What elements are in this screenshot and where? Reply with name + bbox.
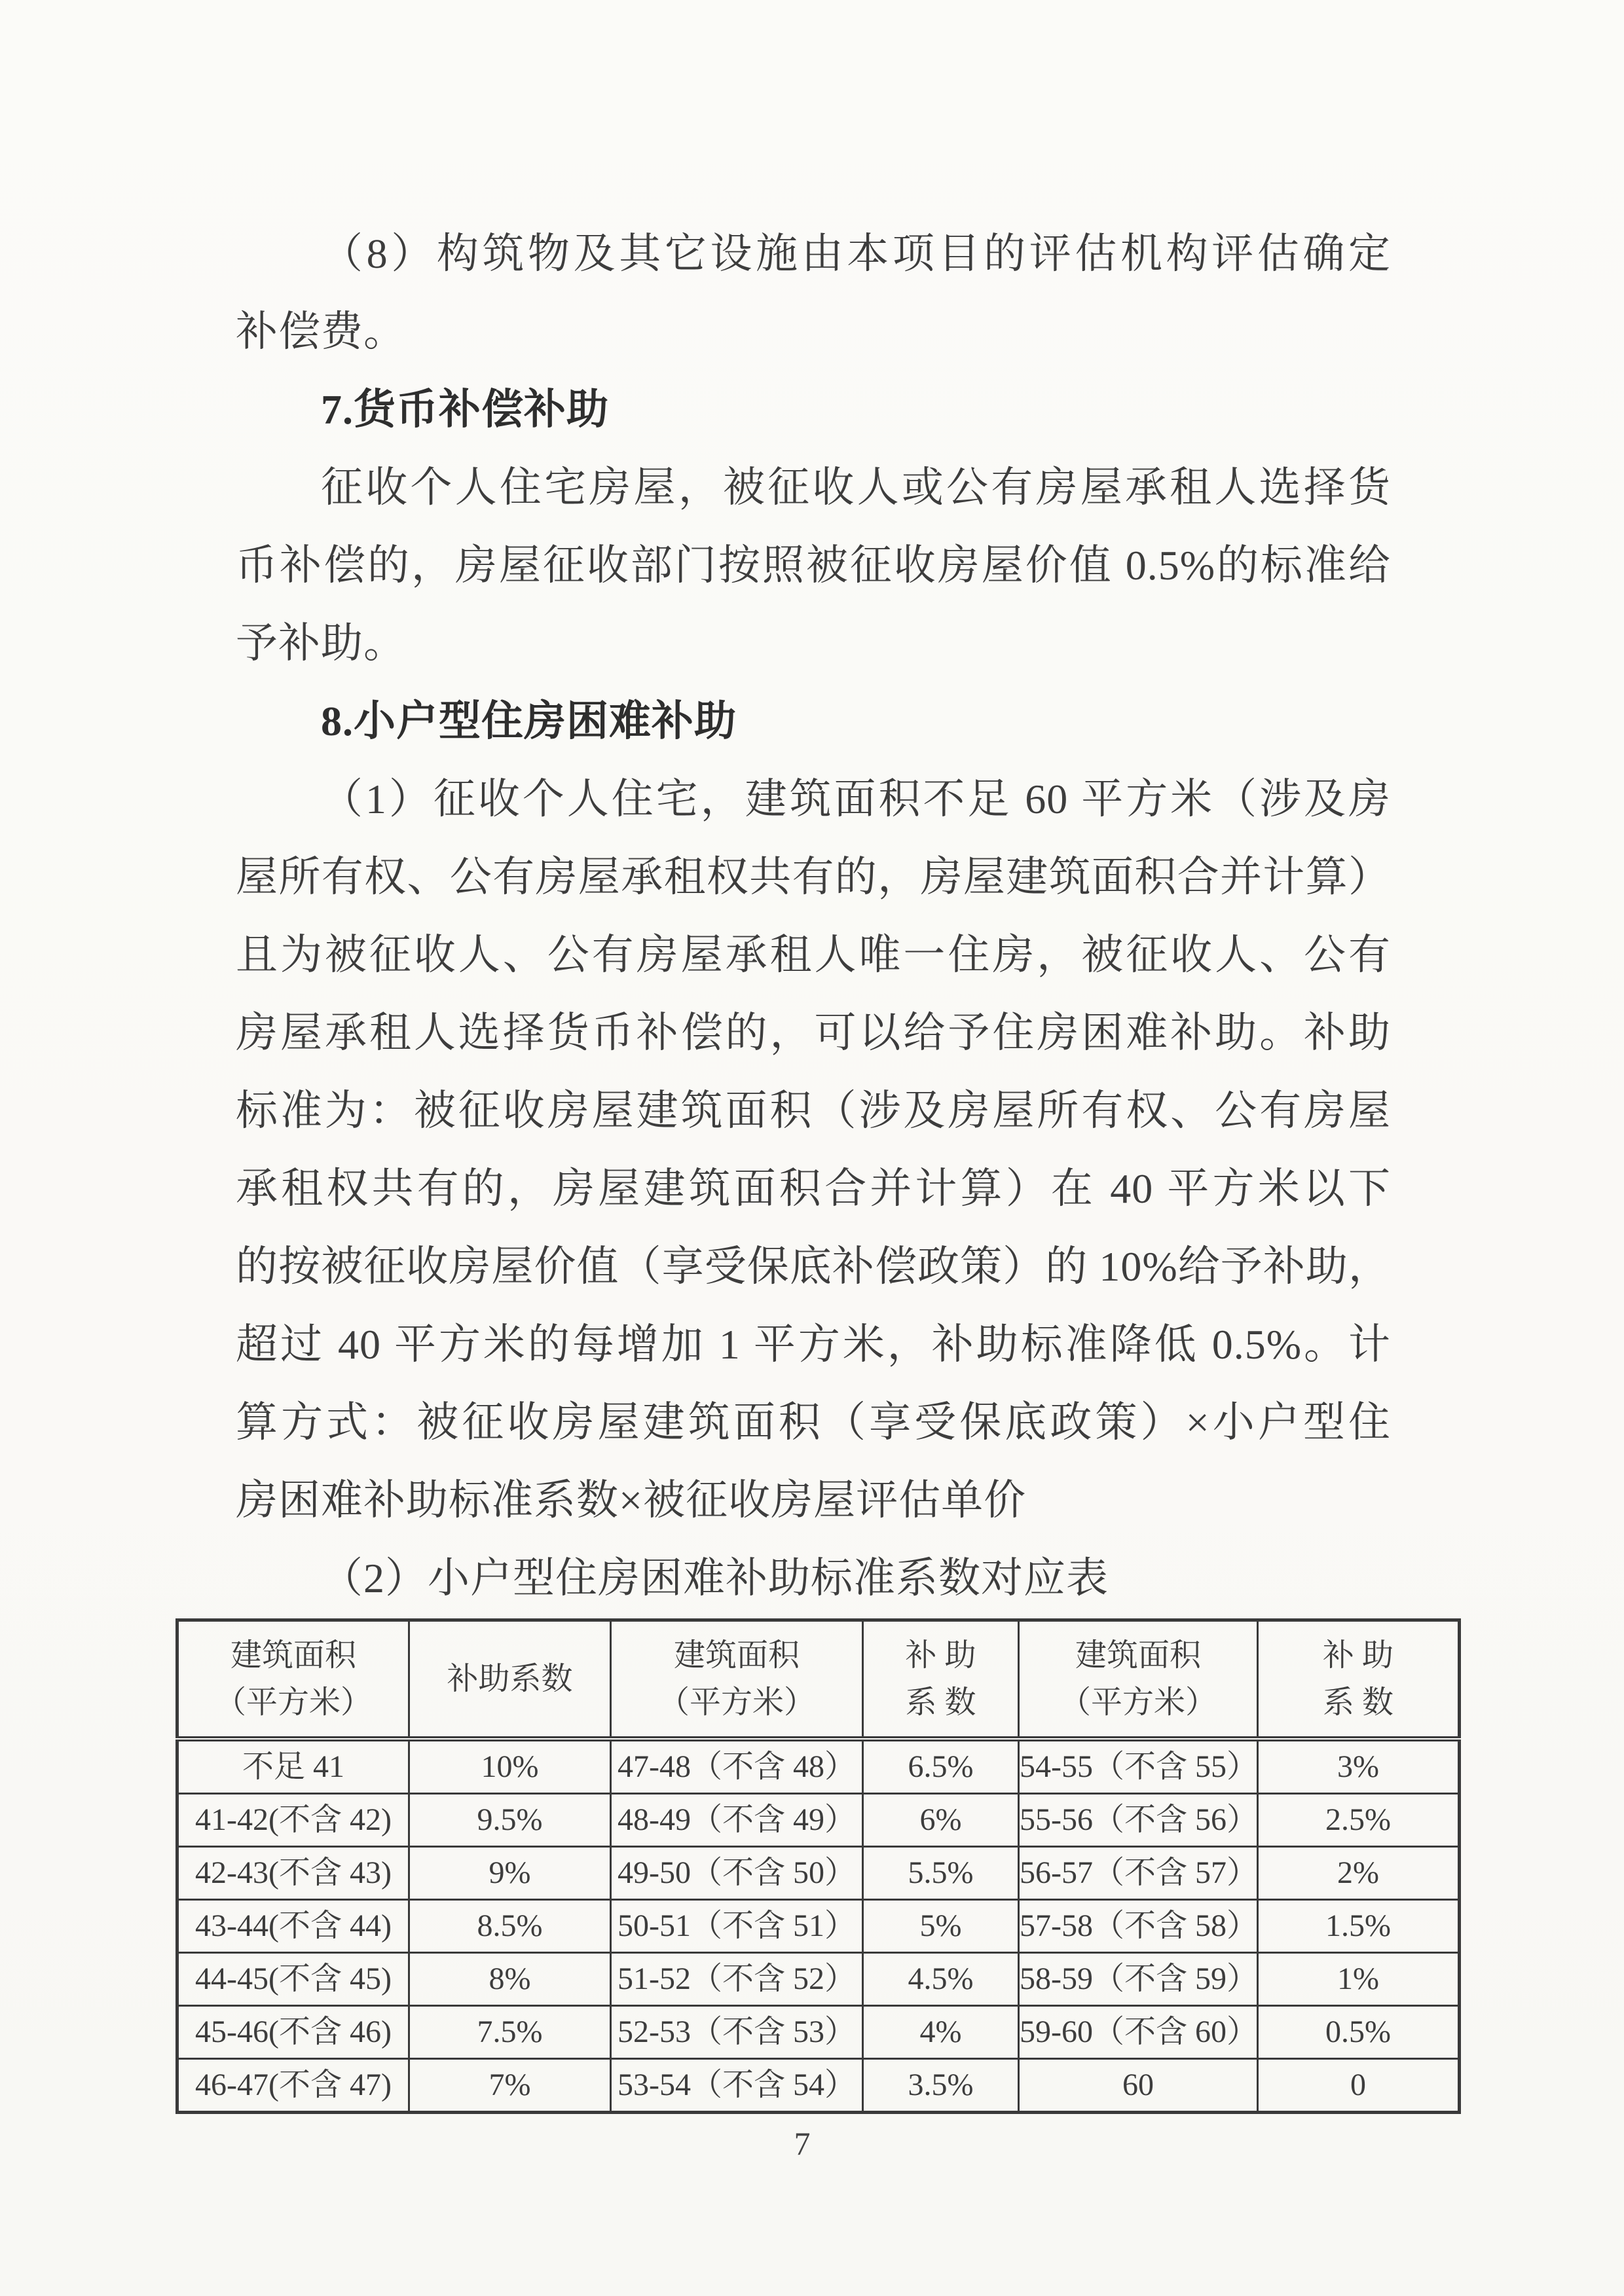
document-body: （8）构筑物及其它设施由本项目的评估机构评估确定 补偿费。 7.货币补偿补助 征… (236, 215, 1391, 1617)
table-cell: 4% (863, 2006, 1019, 2059)
table-cell: 59-60（不含 60） (1019, 2006, 1258, 2059)
table-cell: 7% (409, 2059, 611, 2113)
header-text: 建筑面积 (1020, 1632, 1257, 1679)
table-cell: 51-52（不含 52） (611, 1953, 863, 2006)
text-line: 补偿费。 (236, 293, 1391, 371)
table-row: 41-42(不含 42) 9.5% 48-49（不含 49） 6% 55-56（… (177, 1794, 1460, 1847)
header-cell-floor-area-2: 建筑面积 （平方米） (611, 1620, 863, 1740)
table-cell: 55-56（不含 56） (1019, 1794, 1258, 1847)
header-text: （平方米） (612, 1679, 862, 1726)
text-line: 超过 40 平方米的每增加 1 平方米，补助标准降低 0.5%。计 (236, 1305, 1391, 1383)
table-cell: 6% (863, 1794, 1019, 1847)
text-line: 币补偿的，房屋征收部门按照被征收房屋价值 0.5%的标准给 (236, 526, 1391, 604)
table-cell: 41-42(不含 42) (177, 1794, 409, 1847)
table-cell: 0 (1258, 2059, 1460, 2113)
table-row: 46-47(不含 47) 7% 53-54（不含 54） 3.5% 60 0 (177, 2059, 1460, 2113)
table-cell: 47-48（不含 48） (611, 1739, 863, 1794)
table-cell: 60 (1019, 2059, 1258, 2113)
text-line: 征收个人住宅房屋，被征收人或公有房屋承租人选择货 (236, 448, 1391, 526)
table-cell: 48-49（不含 49） (611, 1794, 863, 1847)
header-cell-coefficient-1: 补助系数 (409, 1620, 611, 1740)
table-cell: 58-59（不含 59） (1019, 1953, 1258, 2006)
text-line: 予补助。 (236, 604, 1391, 682)
table-cell: 7.5% (409, 2006, 611, 2059)
table-cell: 4.5% (863, 1953, 1019, 2006)
table-row: 45-46(不含 46) 7.5% 52-53（不含 53） 4% 59-60（… (177, 2006, 1460, 2059)
table-cell: 1.5% (1258, 1900, 1460, 1953)
table-cell: 54-55（不含 55） (1019, 1739, 1258, 1794)
header-text: 补 助 (864, 1632, 1018, 1679)
table-header-row: 建筑面积 （平方米） 补助系数 建筑面积 （平方米） 补 助 系 数 建筑面积 (177, 1620, 1460, 1740)
table-cell: 52-53（不含 53） (611, 2006, 863, 2059)
subsidy-coefficient-table: 建筑面积 （平方米） 补助系数 建筑面积 （平方米） 补 助 系 数 建筑面积 (175, 1618, 1461, 2114)
scanned-document-page: （8）构筑物及其它设施由本项目的评估机构评估确定 补偿费。 7.货币补偿补助 征… (0, 0, 1624, 2296)
text-line: （8）构筑物及其它设施由本项目的评估机构评估确定 (236, 215, 1391, 293)
text-line: 算方式：被征收房屋建筑面积（享受保底政策）×小户型住 (236, 1383, 1391, 1461)
table-cell: 10% (409, 1739, 611, 1794)
table-cell: 44-45(不含 45) (177, 1953, 409, 2006)
header-text: 建筑面积 (179, 1632, 408, 1679)
header-text: 系 数 (1259, 1679, 1458, 1726)
table-header: 建筑面积 （平方米） 补助系数 建筑面积 （平方米） 补 助 系 数 建筑面积 (177, 1620, 1460, 1740)
table-cell: 50-51（不含 51） (611, 1900, 863, 1953)
text-line: 房屋承租人选择货币补偿的，可以给予住房困难补助。补助 (236, 994, 1391, 1072)
section-heading-8: 8.小户型住房困难补助 (236, 682, 1391, 760)
table-cell: 42-43(不含 43) (177, 1847, 409, 1900)
section-heading-7: 7.货币补偿补助 (236, 371, 1391, 448)
header-text: 补 助 (1259, 1632, 1458, 1679)
table-cell: 53-54（不含 54） (611, 2059, 863, 2113)
table-cell: 56-57（不含 57） (1019, 1847, 1258, 1900)
header-cell-coefficient-3: 补 助 系 数 (1258, 1620, 1460, 1740)
table-row: 44-45(不含 45) 8% 51-52（不含 52） 4.5% 58-59（… (177, 1953, 1460, 2006)
table-cell: 3.5% (863, 2059, 1019, 2113)
header-text: 系 数 (864, 1679, 1018, 1726)
text-line: 且为被征收人、公有房屋承租人唯一住房，被征收人、公有 (236, 916, 1391, 994)
header-text: （平方米） (179, 1679, 408, 1726)
table-cell: 1% (1258, 1953, 1460, 2006)
table-cell: 46-47(不含 47) (177, 2059, 409, 2113)
header-text: 建筑面积 (612, 1632, 862, 1679)
table-cell: 9% (409, 1847, 611, 1900)
table-cell: 0.5% (1258, 2006, 1460, 2059)
text-line: 承租权共有的，房屋建筑面积合并计算）在 40 平方米以下 (236, 1150, 1391, 1228)
page-number: 7 (0, 2124, 1604, 2162)
table-cell: 45-46(不含 46) (177, 2006, 409, 2059)
table-row: 42-43(不含 43) 9% 49-50（不含 50） 5.5% 56-57（… (177, 1847, 1460, 1900)
header-text: （平方米） (1020, 1679, 1257, 1726)
table-cell: 43-44(不含 44) (177, 1900, 409, 1953)
table-cell: 8% (409, 1953, 611, 2006)
table-cell: 5% (863, 1900, 1019, 1953)
table-cell: 5.5% (863, 1847, 1019, 1900)
header-cell-coefficient-2: 补 助 系 数 (863, 1620, 1019, 1740)
header-cell-floor-area-1: 建筑面积 （平方米） (177, 1620, 409, 1740)
table-cell: 3% (1258, 1739, 1460, 1794)
table-caption-line: （2）小户型住房困难补助标准系数对应表 (236, 1539, 1391, 1617)
header-text: 补助系数 (410, 1656, 610, 1703)
table-cell: 2% (1258, 1847, 1460, 1900)
table-row: 43-44(不含 44) 8.5% 50-51（不含 51） 5% 57-58（… (177, 1900, 1460, 1953)
table-cell: 8.5% (409, 1900, 611, 1953)
text-line: 房困难补助标准系数×被征收房屋评估单价 (236, 1461, 1391, 1539)
table-cell: 9.5% (409, 1794, 611, 1847)
table-cell: 6.5% (863, 1739, 1019, 1794)
header-cell-floor-area-3: 建筑面积 （平方米） (1019, 1620, 1258, 1740)
table-cell: 57-58（不含 58） (1019, 1900, 1258, 1953)
table-cell: 不足 41 (177, 1739, 409, 1794)
table-cell: 2.5% (1258, 1794, 1460, 1847)
text-line: （1）征收个人住宅，建筑面积不足 60 平方米（涉及房 (236, 760, 1391, 838)
table-cell: 49-50（不含 50） (611, 1847, 863, 1900)
table-row: 不足 41 10% 47-48（不含 48） 6.5% 54-55（不含 55）… (177, 1739, 1460, 1794)
text-line: 屋所有权、公有房屋承租权共有的，房屋建筑面积合并计算） (236, 838, 1391, 916)
table-body: 不足 41 10% 47-48（不含 48） 6.5% 54-55（不含 55）… (177, 1739, 1460, 2113)
text-line: 的按被征收房屋价值（享受保底补偿政策）的 10%给予补助， (236, 1228, 1391, 1305)
text-line: 标准为：被征收房屋建筑面积（涉及房屋所有权、公有房屋 (236, 1072, 1391, 1150)
